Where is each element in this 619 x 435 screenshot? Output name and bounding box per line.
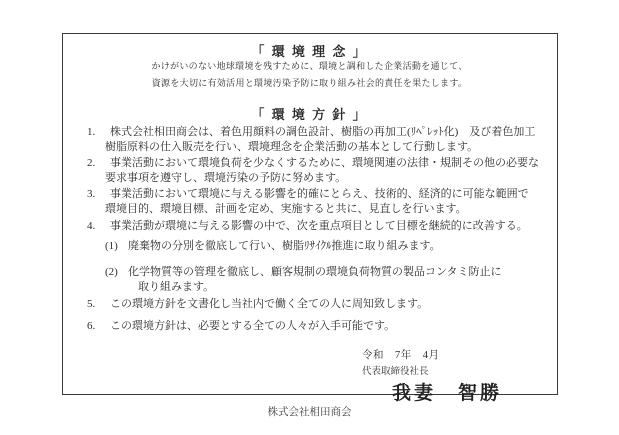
policy-title: 「 環 境 方 針 」 [0, 104, 619, 123]
item-text-line: 樹脂原料の仕入販売を行い、環境理念を企業活動の基本として行動します。 [105, 140, 547, 155]
item-number: 3. [87, 187, 95, 202]
signature-role: 代表取締役社長 [362, 363, 502, 377]
philosophy-line-2: 資源を大切に有効活用と環境汚染予防に取り組み社会的責任を果たします。 [0, 76, 619, 89]
policy-item-6: 6. この環境方針は、必要とする全ての人々が入手可能です。 [87, 319, 547, 334]
signature-block: 令和 7年 4月 代表取締役社長 我妻 智勝 [362, 347, 502, 405]
item-text-line: 要求事項を遵守し、環境汚染の予防に努めます。 [105, 171, 547, 186]
policy-item-3: 3. 事業活動において環境に与える影響を的確にとらえ、技術的、経済的に可能な範囲… [87, 187, 547, 217]
footer-company-name: 株式会社相田商会 [0, 404, 619, 419]
item-text-line: この環境方針は、必要とする全ての人々が入手可能です。 [105, 319, 547, 334]
item-number: 6. [87, 319, 95, 334]
subitem-text-line: 取り組みます。 [128, 280, 565, 295]
item-text-line: 事業活動において環境負荷を少なくするために、環境関連の法律・規制その他の必要な [105, 156, 547, 171]
signature-name: 我妻 智勝 [392, 378, 502, 405]
subitem-number: (1) [105, 239, 118, 254]
signature-date: 令和 7年 4月 [362, 347, 502, 362]
document-page: 「 環 境 理 念 」 かけがいのない地球環境を残すために、環境と調和した企業活… [0, 0, 619, 435]
subitem-number: (2) [105, 265, 118, 280]
policy-item-2: 2. 事業活動において環境負荷を少なくするために、環境関連の法律・規制その他の必… [87, 156, 547, 186]
policy-item-4: 4. 事業活動が環境に与える影響の中で、次を重点項目として目標を継続的に改善する… [87, 219, 547, 234]
item-number: 4. [87, 219, 95, 234]
item-text-line: 株式会社相田商会は、着色用顔料の調色設計、樹脂の再加工(ﾘﾍﾟﾚｯﾄ化) 及び着… [105, 125, 547, 140]
policy-subitem-1: (1) 廃棄物の分別を徹底して行い、樹脂ﾘｻｲｸﾙ推進に取り組みます。 [105, 239, 565, 254]
item-number: 2. [87, 156, 95, 171]
item-number: 5. [87, 297, 95, 312]
item-text-line: 事業活動が環境に与える影響の中で、次を重点項目として目標を継続的に改善する。 [105, 219, 547, 234]
policy-subitem-2: (2) 化学物質等の管理を徹底し、顧客規制の環境負荷物質の製品コンタミ防止に 取… [105, 265, 565, 295]
item-text-line: 環境目的、環境目標、計画を定め、実施すると共に、見直しを行います。 [105, 202, 547, 217]
subitem-text-line: 化学物質等の管理を徹底し、顧客規制の環境負荷物質の製品コンタミ防止に [128, 265, 565, 280]
item-text-line: 事業活動において環境に与える影響を的確にとらえ、技術的、経済的に可能な範囲で [105, 187, 547, 202]
subitem-text-line: 廃棄物の分別を徹底して行い、樹脂ﾘｻｲｸﾙ推進に取り組みます。 [128, 239, 565, 254]
philosophy-line-1: かけがいのない地球環境を残すために、環境と調和した企業活動を通じて、 [0, 59, 619, 72]
policy-item-1: 1. 株式会社相田商会は、着色用顔料の調色設計、樹脂の再加工(ﾘﾍﾟﾚｯﾄ化) … [87, 125, 547, 155]
item-text-line: この環境方針を文書化し当社内で働く全ての人に周知致します。 [105, 297, 547, 312]
policy-item-5: 5. この環境方針を文書化し当社内で働く全ての人に周知致します。 [87, 297, 547, 312]
item-number: 1. [87, 125, 95, 140]
philosophy-title: 「 環 境 理 念 」 [0, 41, 619, 60]
